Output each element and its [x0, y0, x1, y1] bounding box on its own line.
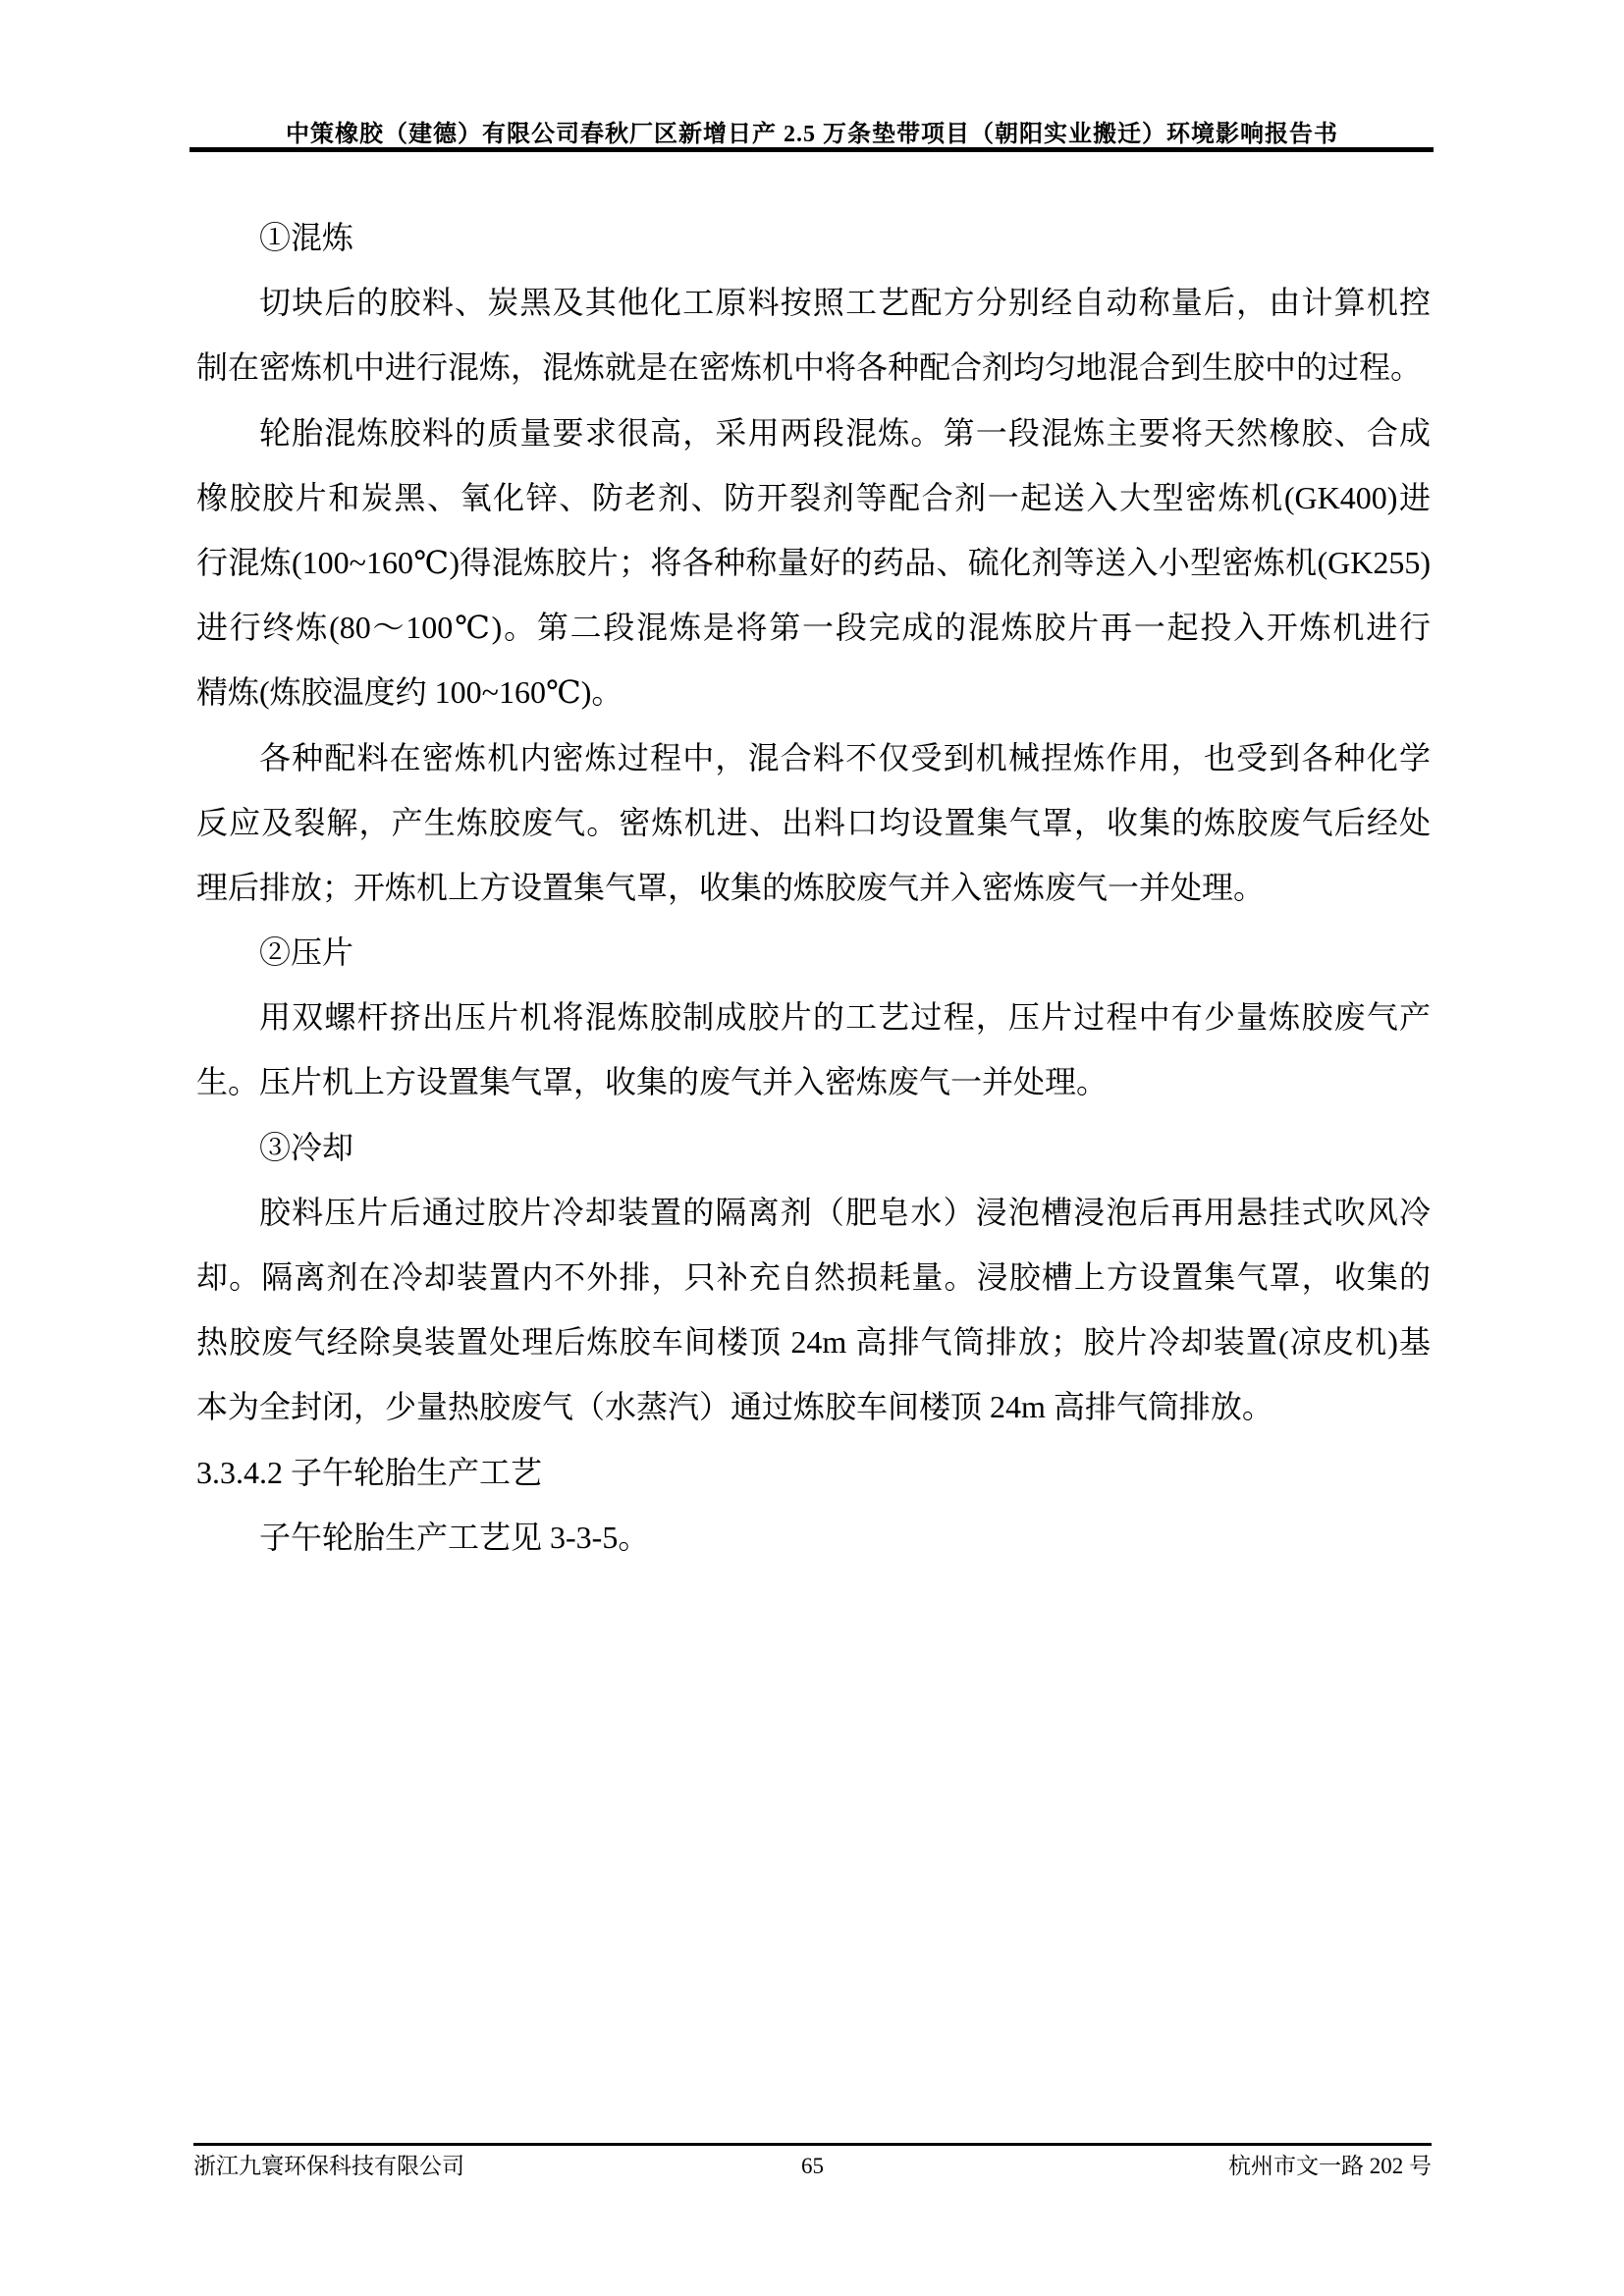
para-mixing-quality-line-1: 轮胎混炼胶料的质量要求很高，采用两段混炼。第一段混炼主要将天然橡胶、合成	[196, 400, 1431, 465]
document-page: 中策橡胶（建德）有限公司春秋厂区新增日产 2.5 万条垫带项目（朝阳实业搬迁）环…	[0, 0, 1624, 2296]
para-mixing-quality-line-4: 进行终炼(80～100℃)。第二段混炼是将第一段完成的混炼胶片再一起投入开炼机进…	[196, 595, 1431, 660]
footer-row: 浙江九寰环保科技有限公司 65 杭州市文一路 202 号	[193, 2152, 1432, 2181]
para-cooling-line-3: 热胶废气经除臭装置处理后炼胶车间楼顶 24m 高排气筒排放；胶片冷却装置(凉皮机…	[196, 1309, 1431, 1374]
para-mixing-quality-line-5: 精炼(炼胶温度约 100~160℃)。	[196, 660, 1431, 724]
document-body: ①混炼切块后的胶料、炭黑及其他化工原料按照工艺配方分别经自动称量后，由计算机控制…	[196, 205, 1431, 1570]
item-2-heading-sheeting-line-1: ②压片	[196, 920, 1431, 985]
para-sheeting-line-1: 用双螺杆挤出压片机将混炼胶制成胶片的工艺过程，压片过程中有少量炼胶废气产	[196, 985, 1431, 1049]
footer-company: 浙江九寰环保科技有限公司	[193, 2152, 464, 2181]
item-1-heading-mixing-line-1: ①混炼	[196, 205, 1431, 270]
para-cooling-line-4: 本为全封闭，少量热胶废气（水蒸汽）通过炼胶车间楼顶 24m 高排气筒排放。	[196, 1374, 1431, 1439]
section-3-3-4-2-heading-line-1: 3.3.4.2 子午轮胎生产工艺	[196, 1440, 1431, 1505]
para-sheeting-line-2: 生。压片机上方设置集气罩，收集的废气并入密炼废气一并处理。	[196, 1049, 1431, 1114]
header-rule	[189, 147, 1434, 152]
para-mixing-exhaust-line-3: 理后排放；开炼机上方设置集气罩，收集的炼胶废气并入密炼废气一并处理。	[196, 855, 1431, 920]
para-mixing-intro-line-2: 制在密炼机中进行混炼，混炼就是在密炼机中将各种配合剂均匀地混合到生胶中的过程。	[196, 335, 1431, 400]
footer-address: 杭州市文一路 202 号	[1228, 2152, 1432, 2181]
para-cooling-line-2: 却。隔离剂在冷却装置内不外排，只补充自然损耗量。浸胶槽上方设置集气罩，收集的	[196, 1245, 1431, 1309]
para-mixing-intro-line-1: 切块后的胶料、炭黑及其他化工原料按照工艺配方分别经自动称量后，由计算机控	[196, 270, 1431, 335]
para-radial-tire-line-1: 子午轮胎生产工艺见 3-3-5。	[196, 1505, 1431, 1570]
item-3-heading-cooling-line-1: ③冷却	[196, 1115, 1431, 1180]
para-mixing-quality-line-2: 橡胶胶片和炭黑、氧化锌、防老剂、防开裂剂等配合剂一起送入大型密炼机(GK400)…	[196, 465, 1431, 530]
para-mixing-exhaust-line-1: 各种配料在密炼机内密炼过程中，混合料不仅受到机械捏炼作用，也受到各种化学	[196, 725, 1431, 790]
para-mixing-quality-line-3: 行混炼(100~160℃)得混炼胶片；将各种称量好的药品、硫化剂等送入小型密炼机…	[196, 530, 1431, 595]
footer-page-number: 65	[801, 2152, 824, 2181]
header-title: 中策橡胶（建德）有限公司春秋厂区新增日产 2.5 万条垫带项目（朝阳实业搬迁）环…	[0, 114, 1624, 148]
para-mixing-exhaust-line-2: 反应及裂解，产生炼胶废气。密炼机进、出料口均设置集气罩，收集的炼胶废气后经处	[196, 790, 1431, 855]
para-cooling-line-1: 胶料压片后通过胶片冷却装置的隔离剂（肥皂水）浸泡槽浸泡后再用悬挂式吹风冷	[196, 1180, 1431, 1245]
footer-rule	[193, 2143, 1432, 2146]
